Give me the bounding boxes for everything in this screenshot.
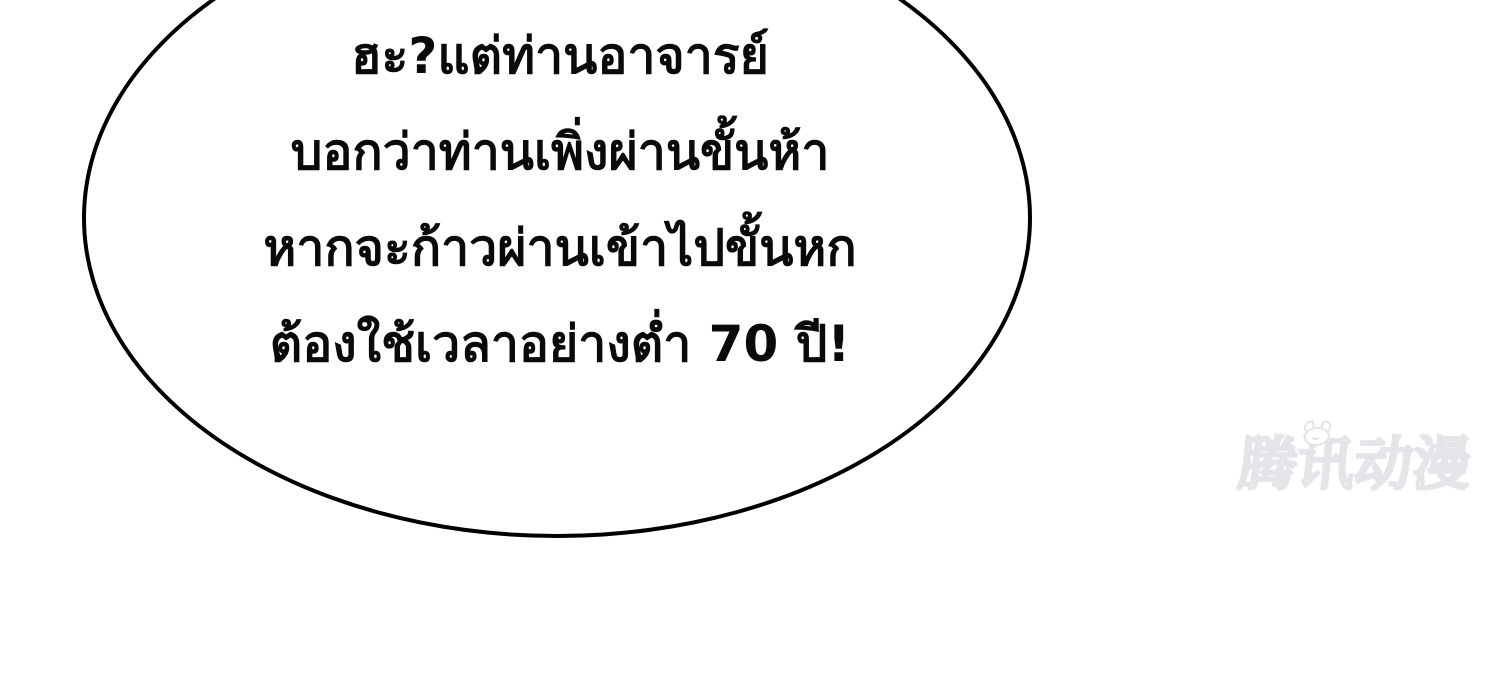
publisher-watermark: 腾讯动漫 [1233,428,1492,514]
speech-bubble-text: ฮะ?แต่ท่านอาจารย์ บอกว่าท่านเพิ่งผ่านขั้… [160,8,960,392]
watermark-logo-text: 腾讯动漫 [1235,428,1493,500]
dialogue-line-1: ฮะ?แต่ท่านอาจารย์ [160,8,960,104]
dialogue-line-4: ต้องใช้เวลาอย่างต่ำ 70 ปี! [160,296,960,392]
mascot-face-icon [1301,420,1334,446]
comic-panel: ฮะ?แต่ท่านอาจารย์ บอกว่าท่านเพิ่งผ่านขั้… [0,0,1500,700]
dialogue-line-3: หากจะก้าวผ่านเข้าไปขั้นหก [160,200,960,296]
dialogue-line-2: บอกว่าท่านเพิ่งผ่านขั้นห้า [160,104,960,200]
